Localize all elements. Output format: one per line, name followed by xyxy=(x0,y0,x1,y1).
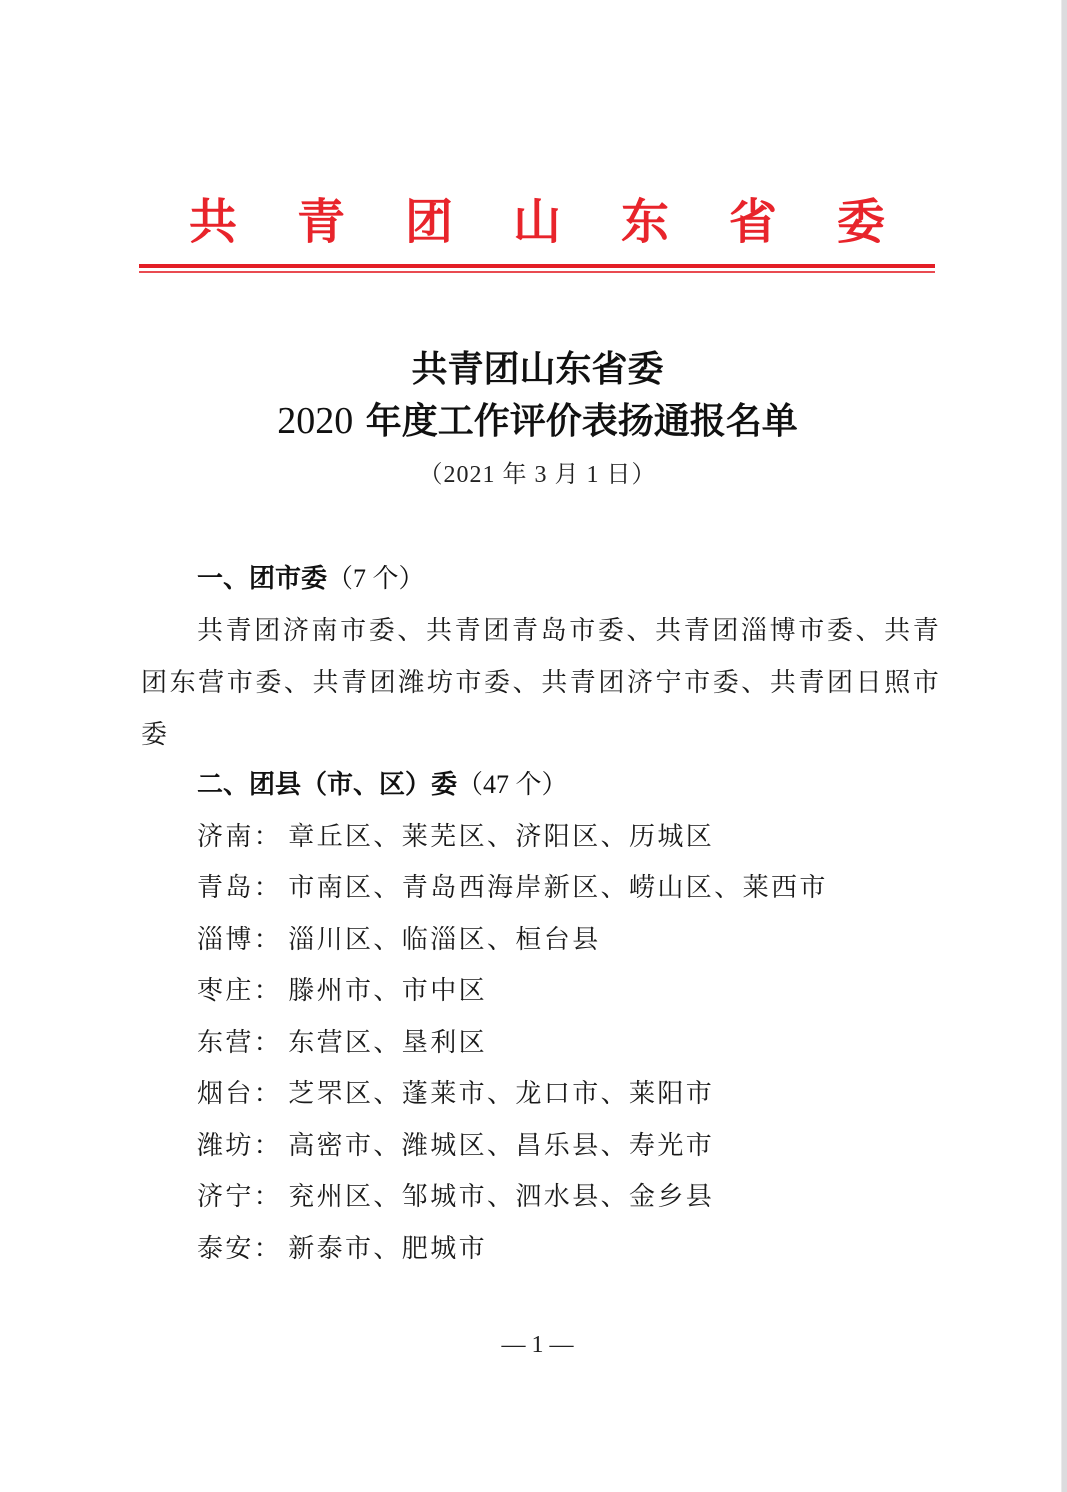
section-count: （7 个） xyxy=(327,564,425,593)
list-item: 东营：东营区、垦利区 xyxy=(197,1025,487,1061)
list-item: 潍坊：高密市、潍城区、昌乐县、寿光市 xyxy=(197,1128,714,1164)
document-date: （2021 年 3 月 1 日） xyxy=(0,458,1067,492)
section-heading-text: 一、团市委 xyxy=(197,564,327,594)
letterhead-rule-thin xyxy=(139,271,935,273)
letterhead-char: 共 xyxy=(189,192,237,252)
page-edge-scrollbar xyxy=(1061,0,1067,1492)
section-heading-city-committees: 一、团市委（7 个） xyxy=(197,561,425,597)
section-body-city-committees: 共青团济南市委、共青团青岛市委、共青团淄博市委、共青团东营市委、共青团潍坊市委、… xyxy=(141,605,941,761)
letterhead-char: 团 xyxy=(405,192,453,252)
unit-list: 市南区、青岛西海岸新区、崂山区、莱西市 xyxy=(288,873,828,903)
letterhead-char: 青 xyxy=(297,192,345,252)
letterhead-char: 委 xyxy=(837,192,885,252)
city-label: 潍坊： xyxy=(197,1131,282,1161)
city-label: 烟台： xyxy=(197,1079,282,1109)
section-count: （47 个） xyxy=(457,770,568,799)
unit-list: 东营区、垦利区 xyxy=(288,1028,487,1058)
title-year: 2020 xyxy=(277,400,353,442)
list-item: 淄博：淄川区、临淄区、桓台县 xyxy=(197,922,601,958)
list-item: 枣庄：滕州市、市中区 xyxy=(197,973,487,1009)
letterhead-char: 省 xyxy=(729,192,777,252)
list-item: 烟台：芝罘区、蓬莱市、龙口市、莱阳市 xyxy=(197,1076,714,1112)
letterhead-char: 山 xyxy=(513,192,561,252)
unit-list: 高密市、潍城区、昌乐县、寿光市 xyxy=(288,1131,714,1161)
city-label: 淄博： xyxy=(197,925,282,955)
section-heading-text: 二、团县（市、区）委 xyxy=(197,770,457,800)
unit-list: 芝罘区、蓬莱市、龙口市、莱阳市 xyxy=(288,1079,714,1109)
city-label: 济南： xyxy=(197,822,282,852)
city-label: 枣庄： xyxy=(197,976,282,1006)
letterhead-rule-thick xyxy=(139,264,935,268)
document-title-line1: 共青团山东省委 xyxy=(0,344,1067,394)
page-number: — 1 — xyxy=(0,1330,1067,1360)
city-label: 东营： xyxy=(197,1028,282,1058)
city-label: 泰安： xyxy=(197,1234,282,1264)
city-label: 济宁： xyxy=(197,1182,282,1212)
unit-list: 滕州市、市中区 xyxy=(288,976,487,1006)
unit-list: 章丘区、莱芜区、济阳区、历城区 xyxy=(288,822,714,852)
list-item: 济宁：兖州区、邹城市、泗水县、金乡县 xyxy=(197,1179,714,1215)
document-title-line2: 2020 年度工作评价表扬通报名单 xyxy=(0,396,1067,447)
document-page: 共 青 团 山 东 省 委 共青团山东省委 2020 年度工作评价表扬通报名单 … xyxy=(0,0,1060,1492)
list-item: 青岛：市南区、青岛西海岸新区、崂山区、莱西市 xyxy=(197,870,828,906)
unit-list: 淄川区、临淄区、桓台县 xyxy=(288,925,600,955)
section-heading-county-committees: 二、团县（市、区）委（47 个） xyxy=(197,767,568,803)
letterhead-org-name: 共 青 团 山 东 省 委 xyxy=(139,192,935,252)
letterhead-char: 东 xyxy=(621,192,669,252)
list-item: 泰安：新泰市、肥城市 xyxy=(197,1231,487,1267)
title-rest: 年度工作评价表扬通报名单 xyxy=(353,400,798,442)
list-item: 济南：章丘区、莱芜区、济阳区、历城区 xyxy=(197,819,714,855)
unit-list: 兖州区、邹城市、泗水县、金乡县 xyxy=(288,1182,714,1212)
unit-list: 新泰市、肥城市 xyxy=(288,1234,487,1264)
city-label: 青岛： xyxy=(197,873,282,903)
